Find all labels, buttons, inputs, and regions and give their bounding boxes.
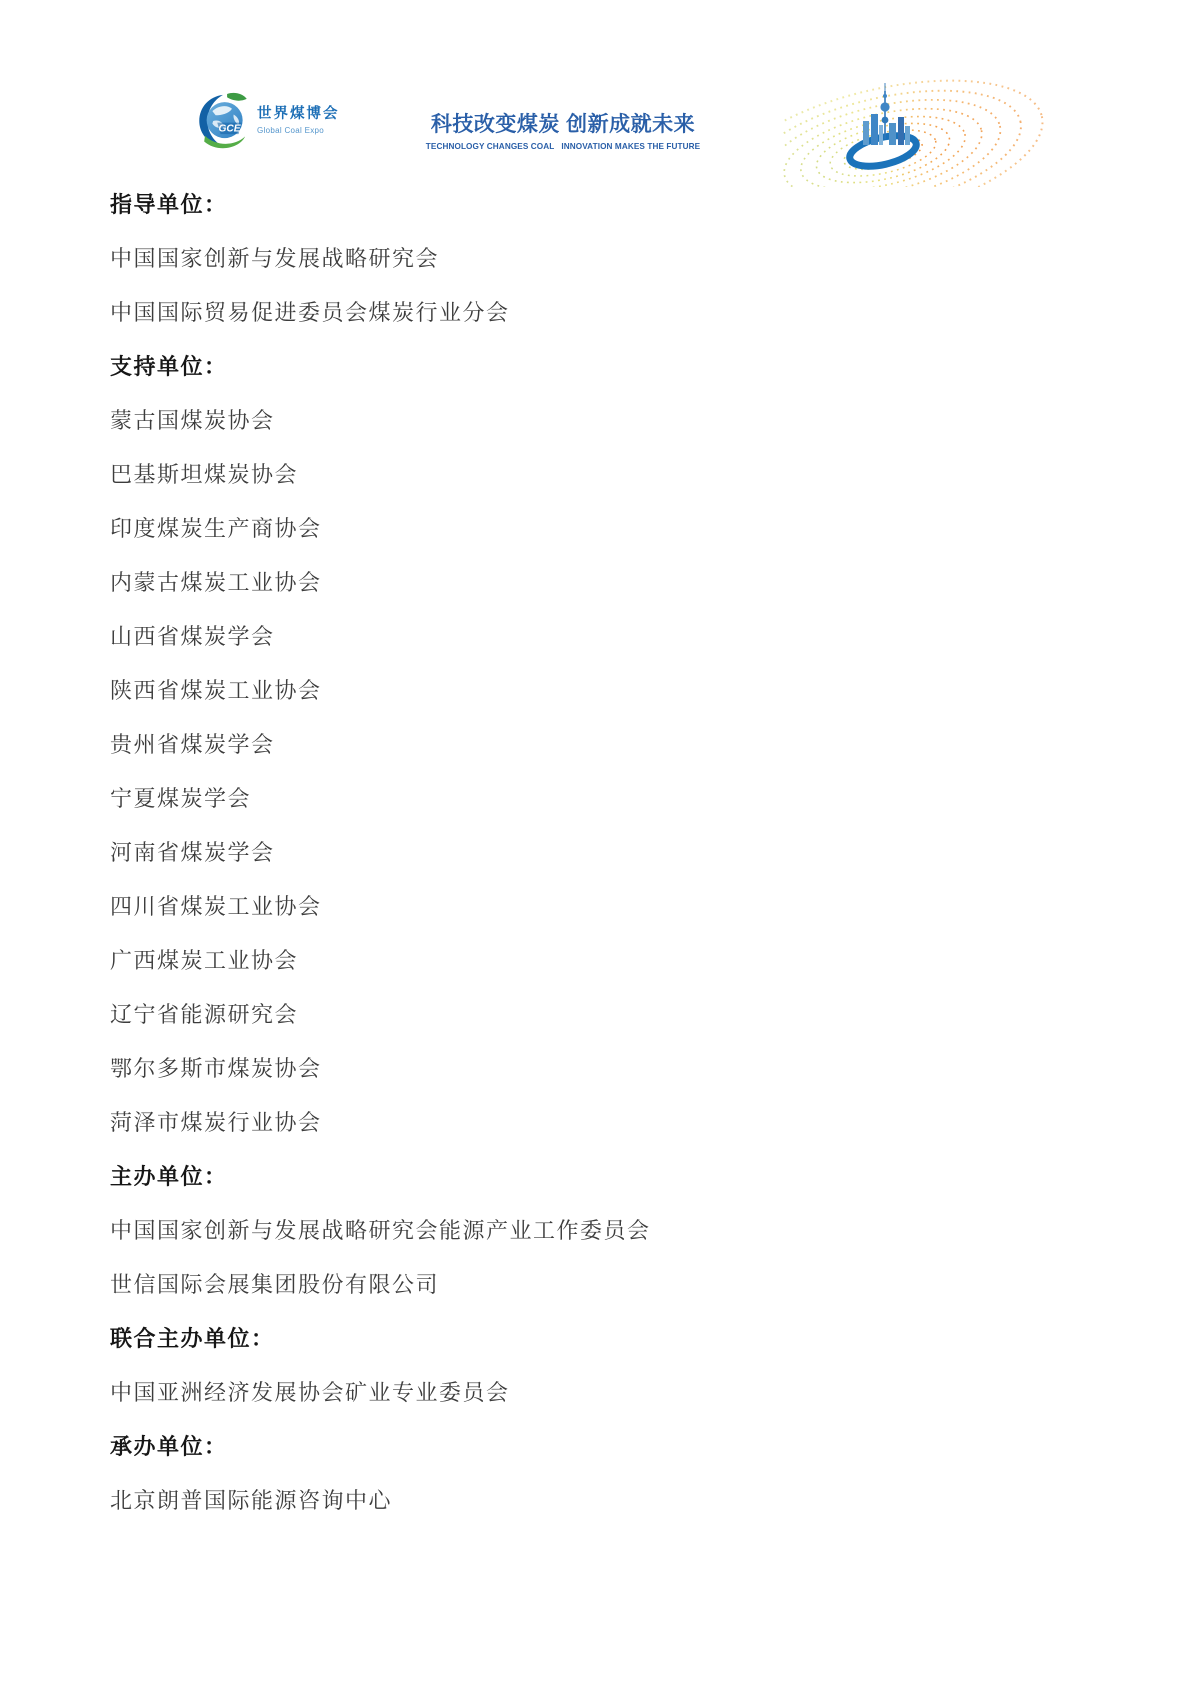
organization-item: 印度煤炭生产商协会: [110, 502, 651, 556]
logo-title-cn: 世界煤博会: [257, 107, 340, 123]
gce-logo-text: 世界煤博会 Global Coal Expo: [257, 107, 340, 135]
slogan-cn: 科技改变煤炭 创新成就未来: [425, 108, 701, 138]
organization-item: 四川省煤炭工业协会: [110, 880, 651, 934]
section-heading-guidance: 指导单位：: [110, 178, 651, 232]
organization-item: 辽宁省能源研究会: [110, 988, 651, 1042]
section-heading-host: 主办单位：: [110, 1150, 651, 1204]
organization-item: 鄂尔多斯市煤炭协会: [110, 1042, 651, 1096]
organization-item: 中国国家创新与发展战略研究会: [110, 232, 651, 286]
organization-item: 河南省煤炭学会: [110, 826, 651, 880]
slogan: 科技改变煤炭 创新成就未来 TECHNOLOGY CHANGES COAL IN…: [425, 108, 701, 151]
organization-item: 中国亚洲经济发展协会矿业专业委员会: [110, 1366, 651, 1420]
organization-item: 中国国家创新与发展战略研究会能源产业工作委员会: [110, 1204, 651, 1258]
organization-item: 北京朗普国际能源咨询中心: [110, 1474, 651, 1528]
organization-item: 贵州省煤炭学会: [110, 718, 651, 772]
gce-globe-icon: GCE: [196, 91, 250, 151]
gce-logo: GCE 世界煤博会 Global Coal Expo: [196, 91, 340, 151]
organization-item: 蒙古国煤炭协会: [110, 394, 651, 448]
organization-item: 宁夏煤炭学会: [110, 772, 651, 826]
section-heading-organizer: 承办单位：: [110, 1420, 651, 1474]
organization-item: 陕西省煤炭工业协会: [110, 664, 651, 718]
organization-item: 菏泽市煤炭行业协会: [110, 1096, 651, 1150]
document-page: GCE 世界煤博会 Global Coal Expo 科技改变煤炭 创新成就未来…: [0, 0, 1190, 1682]
organization-item: 广西煤炭工业协会: [110, 934, 651, 988]
organization-item: 世信国际会展集团股份有限公司: [110, 1258, 651, 1312]
orbit-arcs: [783, 79, 1056, 187]
slogan-en: TECHNOLOGY CHANGES COAL INNOVATION MAKES…: [425, 142, 701, 151]
organizer-list: 指导单位： 中国国家创新与发展战略研究会 中国国际贸易促进委员会煤炭行业分会 支…: [110, 178, 651, 1528]
gce-abbr-text: GCE: [218, 124, 241, 135]
organization-item: 内蒙古煤炭工业协会: [110, 556, 651, 610]
section-heading-support: 支持单位：: [110, 340, 651, 394]
organization-item: 中国国际贸易促进委员会煤炭行业分会: [110, 286, 651, 340]
organization-item: 山西省煤炭学会: [110, 610, 651, 664]
section-heading-cohost: 联合主办单位：: [110, 1312, 651, 1366]
city-skyline-orbit-icon: [783, 79, 1088, 187]
organization-item: 巴基斯坦煤炭协会: [110, 448, 651, 502]
logo-title-en: Global Coal Expo: [257, 126, 340, 135]
